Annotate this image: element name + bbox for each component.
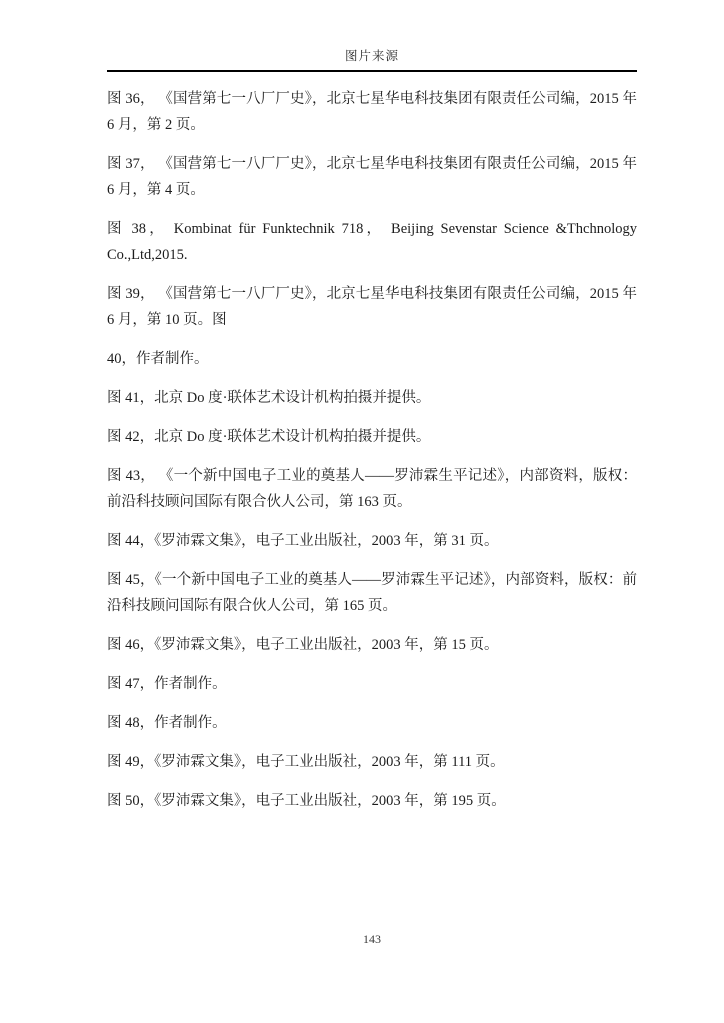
source-entry-fig36: 图 36， 《国营第七一八厂厂史》，北京七星华电科技集团有限责任公司编，2015… bbox=[107, 86, 637, 138]
page-footer: 143 bbox=[107, 930, 637, 948]
page-header: 图片来源 bbox=[107, 46, 637, 72]
source-entry-fig37: 图 37， 《国营第七一八厂厂史》，北京七星华电科技集团有限责任公司编，2015… bbox=[107, 151, 637, 203]
document-page: 图片来源 图 36， 《国营第七一八厂厂史》，北京七星华电科技集团有限责任公司编… bbox=[0, 0, 724, 1023]
source-entry-fig44: 图 44，《罗沛霖文集》，电子工业出版社，2003 年，第 31 页。 bbox=[107, 528, 637, 554]
source-entry-fig47: 图 47，作者制作。 bbox=[107, 671, 637, 697]
source-entry-fig43: 图 43， 《一个新中国电子工业的奠基人——罗沛霖生平记述》，内部资料，版权：前… bbox=[107, 463, 637, 515]
source-list: 图 36， 《国营第七一八厂厂史》，北京七星华电科技集团有限责任公司编，2015… bbox=[107, 86, 637, 827]
page-number: 143 bbox=[363, 932, 381, 946]
header-title: 图片来源 bbox=[107, 46, 637, 64]
source-entry-fig46: 图 46，《罗沛霖文集》，电子工业出版社，2003 年，第 15 页。 bbox=[107, 632, 637, 658]
source-entry-fig38: 图 38， Kombinat für Funktechnik 718， Beij… bbox=[107, 216, 637, 268]
source-entry-fig40: 40，作者制作。 bbox=[107, 346, 637, 372]
source-entry-fig39: 图 39， 《国营第七一八厂厂史》，北京七星华电科技集团有限责任公司编，2015… bbox=[107, 281, 637, 333]
source-entry-fig42: 图 42，北京 Do 度·联体艺术设计机构拍摄并提供。 bbox=[107, 424, 637, 450]
header-rule bbox=[107, 70, 637, 72]
source-entry-fig41: 图 41，北京 Do 度·联体艺术设计机构拍摄并提供。 bbox=[107, 385, 637, 411]
source-entry-fig48: 图 48，作者制作。 bbox=[107, 710, 637, 736]
source-entry-fig45: 图 45，《一个新中国电子工业的奠基人——罗沛霖生平记述》，内部资料，版权：前沿… bbox=[107, 567, 637, 619]
source-entry-fig49: 图 49，《罗沛霖文集》，电子工业出版社，2003 年，第 111 页。 bbox=[107, 749, 637, 775]
source-entry-fig50: 图 50，《罗沛霖文集》，电子工业出版社，2003 年，第 195 页。 bbox=[107, 788, 637, 814]
